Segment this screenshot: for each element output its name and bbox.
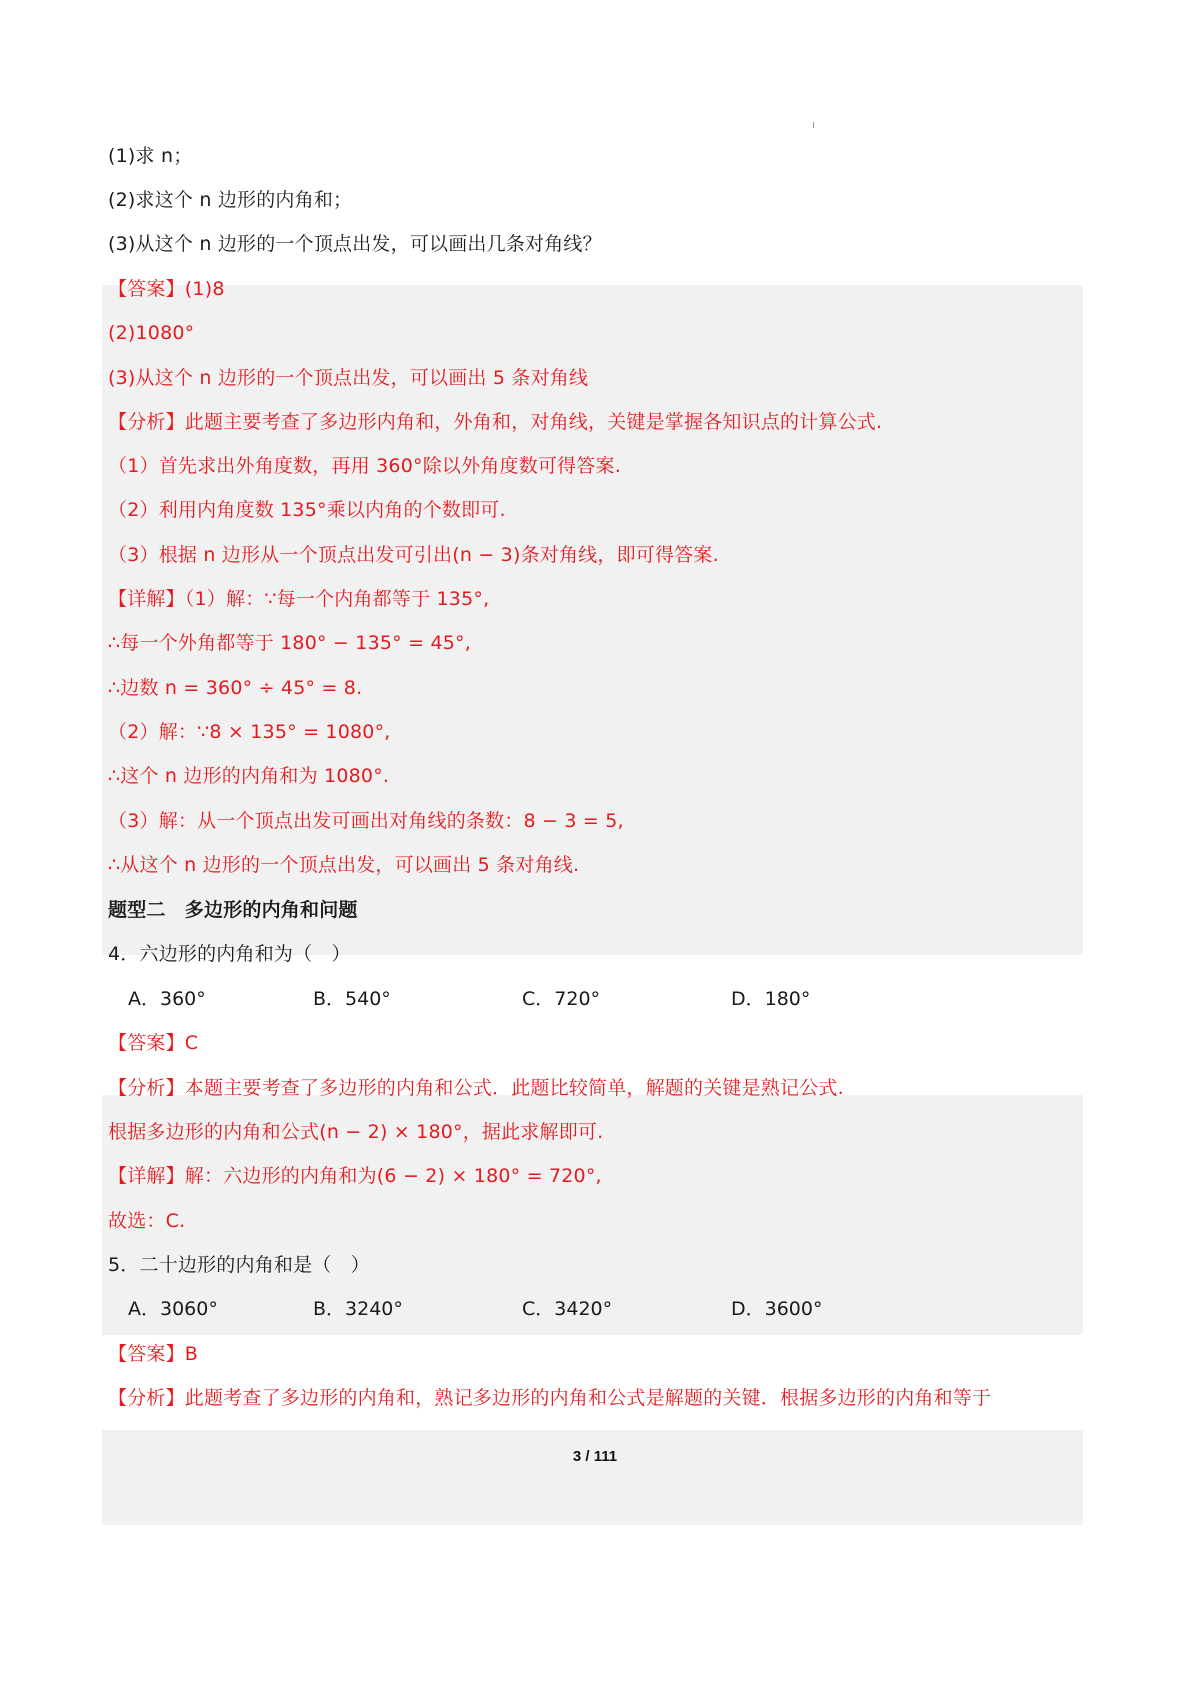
q4-detail: 【详解】解：六边形的内角和为(6 − 2) × 180° = 720°,	[108, 1163, 602, 1189]
q3-detail-4: （2）解：∵8 × 135° = 1080°,	[108, 719, 391, 745]
q4-option-a: A．360°	[128, 986, 206, 1012]
section-heading: 题型二 多边形的内角和问题	[108, 897, 358, 923]
q4-analysis-formula: 根据多边形的内角和公式(n − 2) × 180°，据此求解即可.	[108, 1119, 603, 1145]
q3-detail-2: ∴每一个外角都等于 180° − 135° = 45°,	[108, 630, 471, 656]
q3-analysis-step-3: （3）根据 n 边形从一个顶点出发可引出(n − 3)条对角线，即可得答案.	[108, 542, 719, 568]
q4-analysis: 【分析】本题主要考查了多边形的内角和公式．此题比较简单，解题的关键是熟记公式.	[108, 1075, 844, 1101]
q3-detail-7: ∴从这个 n 边形的一个顶点出发，可以画出 5 条对角线.	[108, 852, 579, 878]
q3-detail-1: 【详解】（1）解：∵每一个内角都等于 135°,	[108, 586, 489, 612]
q5-stem: 5．二十边形的内角和是（ ）	[108, 1252, 370, 1278]
header-tick-mark	[813, 122, 814, 128]
q3-analysis-step-1: （1）首先求出外角度数，再用 360°除以外角度数可得答案.	[108, 453, 621, 479]
q5-option-a: A．3060°	[128, 1296, 218, 1322]
q5-answer: 【答案】B	[108, 1341, 198, 1367]
q3-part-3: (3)从这个 n 边形的一个顶点出发，可以画出几条对角线？	[108, 231, 602, 257]
q4-option-c: C．720°	[522, 986, 600, 1012]
q4-option-b: B．540°	[313, 986, 391, 1012]
q5-analysis: 【分析】此题考查了多边形的内角和，熟记多边形的内角和公式是解题的关键．根据多边形…	[108, 1385, 991, 1411]
q5-option-c: C．3420°	[522, 1296, 612, 1322]
q4-stem: 4．六边形的内角和为（ ）	[108, 941, 351, 967]
q3-part-1: (1)求 n；	[108, 143, 192, 169]
q3-detail-3: ∴边数 n = 360° ÷ 45° = 8.	[108, 675, 362, 701]
q4-choice: 故选：C.	[108, 1208, 185, 1234]
q3-detail-5: ∴这个 n 边形的内角和为 1080°.	[108, 763, 389, 789]
q3-analysis: 【分析】此题主要考查了多边形内角和，外角和，对角线，关键是掌握各知识点的计算公式…	[108, 409, 882, 435]
q4-answer: 【答案】C	[108, 1030, 198, 1056]
page-number: 3 / 111	[0, 1448, 1190, 1465]
q5-solution-box	[102, 1430, 1083, 1525]
q3-answer-part-3: (3)从这个 n 边形的一个顶点出发，可以画出 5 条对角线	[108, 365, 588, 391]
q3-part-2: (2)求这个 n 边形的内角和；	[108, 187, 352, 213]
q5-option-b: B．3240°	[313, 1296, 403, 1322]
q3-analysis-step-2: （2）利用内角度数 135°乘以内角的个数即可.	[108, 497, 506, 523]
q4-option-d: D．180°	[731, 986, 810, 1012]
q3-answer: 【答案】(1)8	[108, 276, 225, 302]
document-page: (1)求 n； (2)求这个 n 边形的内角和； (3)从这个 n 边形的一个顶…	[0, 0, 1190, 1683]
q5-option-d: D．3600°	[731, 1296, 822, 1322]
q3-answer-part-2: (2)1080°	[108, 320, 194, 346]
q3-detail-6: （3）解：从一个顶点出发可画出对角线的条数：8 − 3 = 5,	[108, 808, 624, 834]
